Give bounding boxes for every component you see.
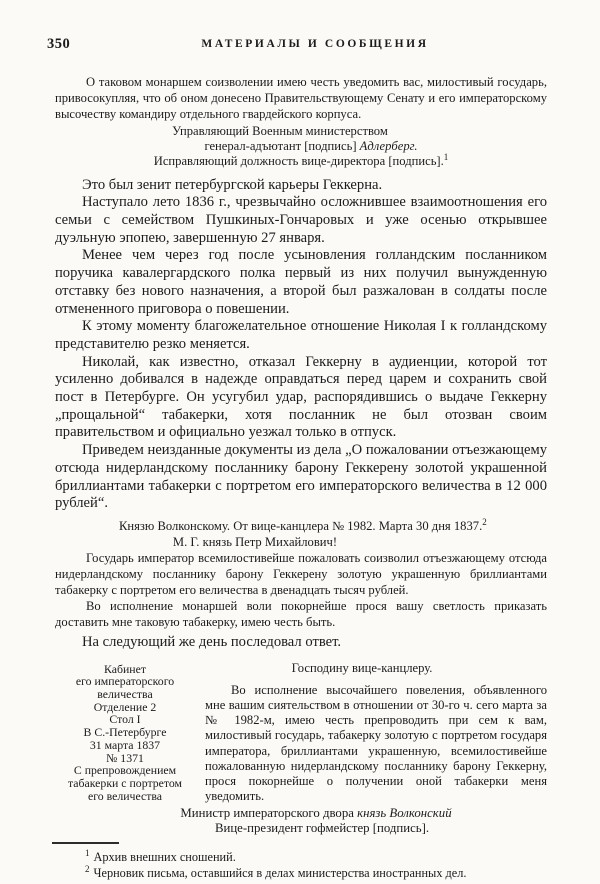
footnote-1-number: 1 xyxy=(85,848,90,858)
letterhead-line: 31 марта 1837 xyxy=(55,739,195,752)
document-2-body-1: Государь император всемилостивейше пожал… xyxy=(55,550,547,598)
signature-line-2: генерал-адъютант [подпись] Адлерберг. xyxy=(65,139,557,154)
signature-line-2-name: Адлерберг. xyxy=(360,139,418,153)
letter-signature-1-prefix: Министр императорского двора xyxy=(180,806,357,820)
letterhead-line: табакерки с портретом xyxy=(55,777,195,790)
document-1-body: О таковом монаршем соизволении имею чест… xyxy=(55,74,547,122)
quoted-document-2: Князю Волконскому. От вице-канцлера № 19… xyxy=(55,518,547,630)
letterhead-line: величества xyxy=(55,688,195,701)
letterhead-line: его величества xyxy=(55,790,195,803)
footnote-marker-2: 2 xyxy=(482,517,487,527)
letter-signature-1-name: князь Волконский xyxy=(357,806,451,820)
book-page: 350 МАТЕРИАЛЫ И СООБЩЕНИЯ О таковом мона… xyxy=(0,0,600,884)
document-1-signatures: Управляющий Военным министерством генера… xyxy=(55,124,547,170)
document-2-heading: Князю Волконскому. От вице-канцлера № 19… xyxy=(88,518,547,534)
document-2-salutation: М. Г. князь Петр Михайлович! xyxy=(9,534,501,550)
paragraph-5: Николай, как известно, отказал Геккерну … xyxy=(55,354,547,443)
letter-addressee: Господину вице-канцлеру. xyxy=(191,661,533,676)
footnotes: 1Архив внешних сношений. 2Черновик письм… xyxy=(55,849,547,881)
main-text: Это был зенит петербургской карьеры Гекк… xyxy=(55,177,547,513)
letterhead-column: Кабинет его императорского величества От… xyxy=(55,661,195,805)
paragraph-4: К этому моменту благожелательное отношен… xyxy=(55,318,547,353)
footnote-2: 2Черновик письма, оставшийся в делах мин… xyxy=(55,865,547,881)
paragraph-3: Менее чем через год после усыновления го… xyxy=(55,247,547,318)
footnote-2-text: Черновик письма, оставшийся в делах мини… xyxy=(94,866,467,880)
paragraph-2: Наступало лето 1836 г., чрезвычайно осло… xyxy=(55,194,547,247)
letter-signature-2: Вице-президент гофмейстер [подпись]. xyxy=(76,821,568,836)
running-head: 350 МАТЕРИАЛЫ И СООБЩЕНИЯ xyxy=(55,36,547,52)
letterhead-line: В С.-Петербурге xyxy=(55,726,195,739)
page-number: 350 xyxy=(47,36,70,53)
letter-block: Кабинет его императорского величества От… xyxy=(55,661,547,805)
quoted-document-1: О таковом монаршем соизволении имею чест… xyxy=(55,74,547,122)
signature-line-2-prefix: генерал-адъютант [подпись] xyxy=(204,139,359,153)
paragraph-6: Приведем неизданные документы из дела „О… xyxy=(55,442,547,513)
document-2-body-2: Во исполнение монаршей воли покорнейше п… xyxy=(55,598,547,630)
footnote-2-number: 2 xyxy=(85,864,90,874)
letter-body-column: Господину вице-канцлеру. Во исполнение в… xyxy=(205,661,547,805)
footnote-1-text: Архив внешних сношений. xyxy=(94,850,236,864)
footnote-1: 1Архив внешних сношений. xyxy=(55,849,547,865)
answer-lead-in: На следующий же день последовал ответ. xyxy=(55,634,547,652)
letter-body: Во исполнение высочайшего повеления, объ… xyxy=(205,683,547,805)
paragraph-1: Это был зенит петербургской карьеры Гекк… xyxy=(55,177,547,195)
paragraph-7: На следующий же день последовал ответ. xyxy=(55,634,547,652)
signature-line-3: Исправляющий должность вице-директора [п… xyxy=(55,154,547,169)
signature-line-3-text: Исправляющий должность вице-директора [п… xyxy=(154,154,444,168)
signature-line-1: Управляющий Военным министерством xyxy=(34,124,526,139)
document-2-heading-text: Князю Волконскому. От вице-канцлера № 19… xyxy=(119,519,482,533)
running-header-title: МАТЕРИАЛЫ И СООБЩЕНИЯ xyxy=(69,38,561,50)
letter-signature-1: Министр императорского двора князь Волко… xyxy=(70,806,562,821)
footnote-separator xyxy=(52,842,119,844)
